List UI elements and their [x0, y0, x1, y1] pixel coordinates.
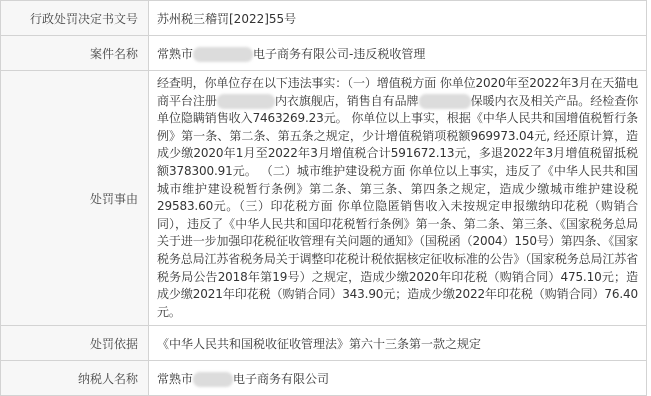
row-penalty-reason: 处罚事由 经查明，你单位存在以下违法事实：（一）增值税方面 你单位2020年至2… [1, 71, 647, 326]
row-taxpayer-name: 纳税人名称 常熟市电子商务有限公司 [1, 361, 647, 372]
value-case-name: 常熟市电子商务有限公司-违反税收管理 [149, 36, 647, 71]
label-penalty-reason: 处罚事由 [1, 71, 149, 326]
redacted-brand-name [419, 94, 471, 109]
label-penalty-basis: 处罚依据 [1, 326, 149, 361]
label-case-name: 案件名称 [1, 36, 149, 71]
row-case-name: 案件名称 常熟市电子商务有限公司-违反税收管理 [1, 36, 647, 71]
value-penalty-reason: 经查明，你单位存在以下违法事实：（一）增值税方面 你单位2020年至2022年3… [149, 71, 647, 326]
redacted-store-name [217, 94, 275, 109]
reason-part-3: 保暖内衣及相关产品。经检查你单位隐瞒销售收入7463269.23元。 你单位以上… [157, 94, 638, 319]
row-penalty-basis: 处罚依据 《中华人民共和国税收征收管理法》第六十三条第一款之规定 [1, 326, 647, 361]
case-name-prefix: 常熟市 [157, 47, 193, 61]
value-decision-number: 苏州税三稽罚[2022]55号 [149, 1, 647, 36]
value-taxpayer-name: 常熟市电子商务有限公司 [149, 361, 647, 372]
redacted-company-name [193, 47, 253, 62]
label-decision-number: 行政处罚决定书文号 [1, 1, 149, 36]
value-penalty-basis: 《中华人民共和国税收征收管理法》第六十三条第一款之规定 [149, 326, 647, 361]
penalty-info-table: 行政处罚决定书文号 苏州税三稽罚[2022]55号 案件名称 常熟市电子商务有限… [0, 0, 647, 372]
row-decision-number: 行政处罚决定书文号 苏州税三稽罚[2022]55号 [1, 1, 647, 36]
case-name-suffix: 电子商务有限公司-违反税收管理 [253, 47, 425, 61]
penalty-reason-text: 经查明，你单位存在以下违法事实：（一）增值税方面 你单位2020年至2022年3… [157, 71, 638, 325]
label-taxpayer-name: 纳税人名称 [1, 361, 149, 372]
reason-part-2: 内衣旗舰店，销售自有品牌 [275, 94, 419, 108]
